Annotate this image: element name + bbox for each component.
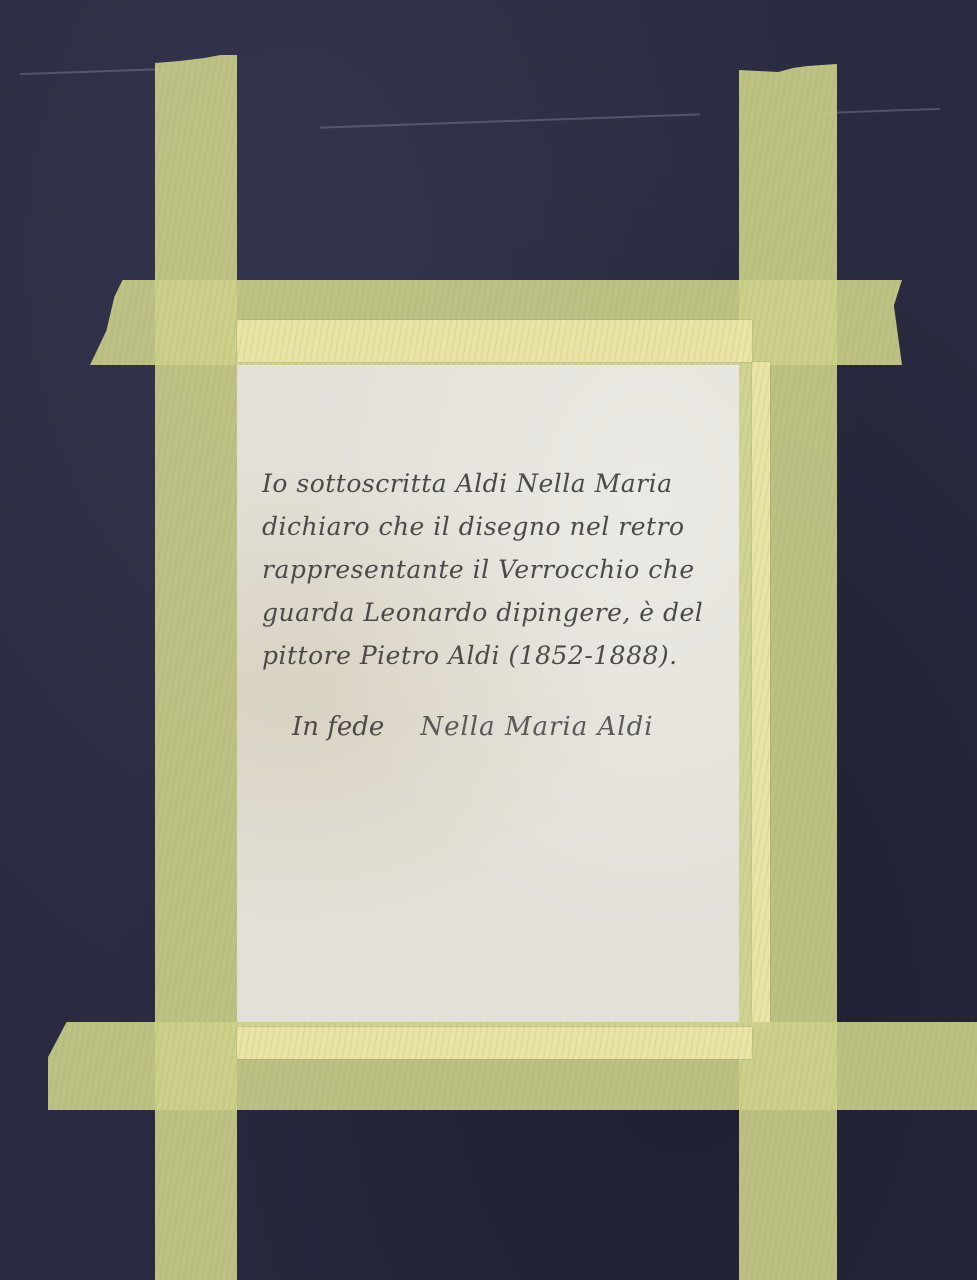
note-line: guarda Leonardo dipingere, è del — [262, 591, 742, 634]
board-scratch — [820, 108, 940, 114]
tape-top-paper-edge — [237, 320, 752, 362]
note-line: pittore Pietro Aldi (1852-1888). — [262, 634, 742, 677]
note-line: rappresentante il Verrocchio che — [262, 548, 742, 591]
tape-bottom-paper-edge — [237, 1027, 752, 1059]
note-line: dichiaro che il disegno nel retro — [262, 505, 742, 548]
closing-text: In fede — [292, 712, 384, 742]
board-scratch — [320, 113, 700, 128]
tape-right-paper-edge — [752, 362, 770, 1027]
signature: Nella Maria Aldi — [420, 712, 653, 742]
signature-row: In fede Nella Maria Aldi — [292, 712, 732, 742]
note-line: Io sottoscritta Aldi Nella Maria — [262, 462, 742, 505]
handwritten-note: Io sottoscritta Aldi Nella Maria dichiar… — [262, 462, 742, 677]
